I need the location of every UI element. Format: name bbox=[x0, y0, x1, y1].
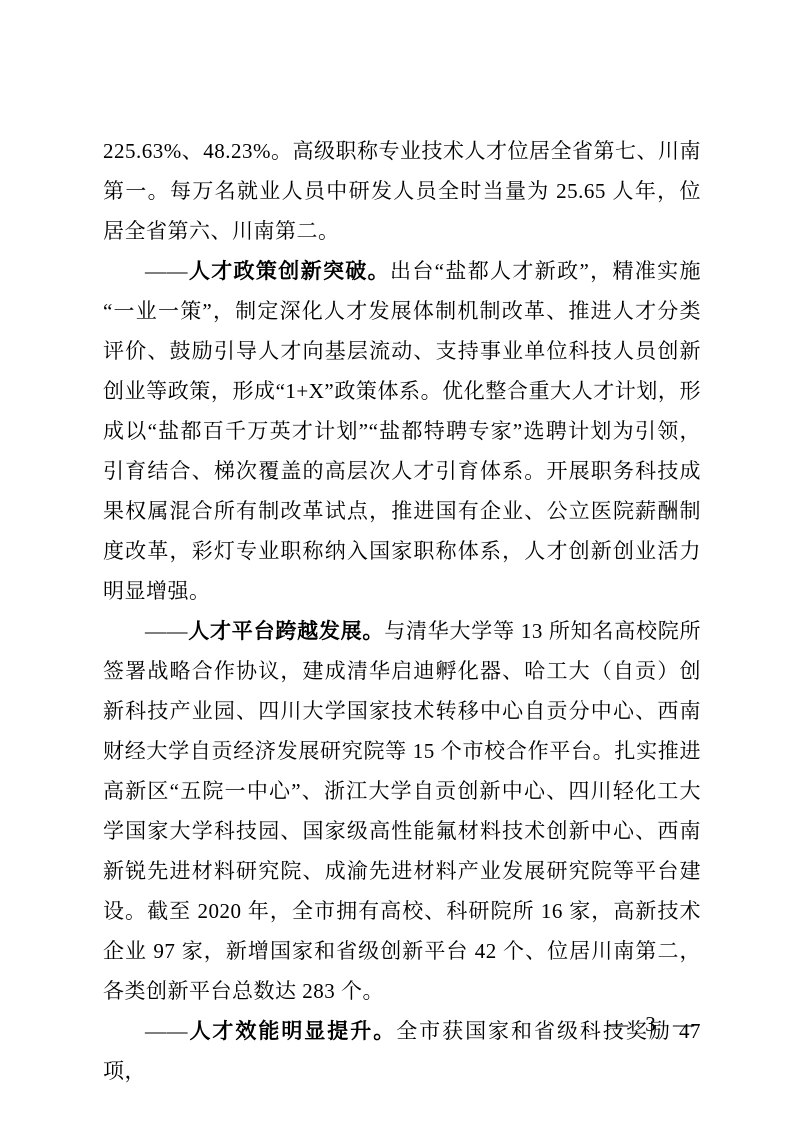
paragraph-dash: —— bbox=[145, 619, 188, 643]
paragraph-text: 与清华大学等 13 所知名高校院所签署战略合作协议，建成清华启迪孵化器、哈工大（… bbox=[103, 619, 701, 1003]
page-number: — 3 — bbox=[607, 1012, 700, 1037]
paragraph-dash: —— bbox=[145, 259, 188, 283]
paragraph-text: 225.63%、48.23%。高级职称专业技术人才位居全省第七、川南第一。每万名… bbox=[103, 139, 701, 243]
document-body: 225.63%、48.23%。高级职称专业技术人才位居全省第七、川南第一。每万名… bbox=[103, 131, 701, 1091]
paragraph: 225.63%、48.23%。高级职称专业技术人才位居全省第七、川南第一。每万名… bbox=[103, 131, 701, 251]
paragraph-text: 出台“盐都人才新政”，精准实施“一业一策”，制定深化人才发展体制机制改革、推进人… bbox=[103, 259, 701, 603]
paragraph-lead: 人才平台跨越发展。 bbox=[188, 619, 384, 643]
paragraph-lead: 人才政策创新突破。 bbox=[188, 259, 390, 283]
paragraph-dash: —— bbox=[145, 1019, 188, 1043]
document-page: 225.63%、48.23%。高级职称专业技术人才位居全省第七、川南第一。每万名… bbox=[0, 0, 800, 1132]
paragraph-lead: 人才效能明显提升。 bbox=[188, 1019, 396, 1043]
paragraph: ——人才平台跨越发展。与清华大学等 13 所知名高校院所签署战略合作协议，建成清… bbox=[103, 611, 701, 1011]
paragraph: ——人才政策创新突破。出台“盐都人才新政”，精准实施“一业一策”，制定深化人才发… bbox=[103, 251, 701, 611]
